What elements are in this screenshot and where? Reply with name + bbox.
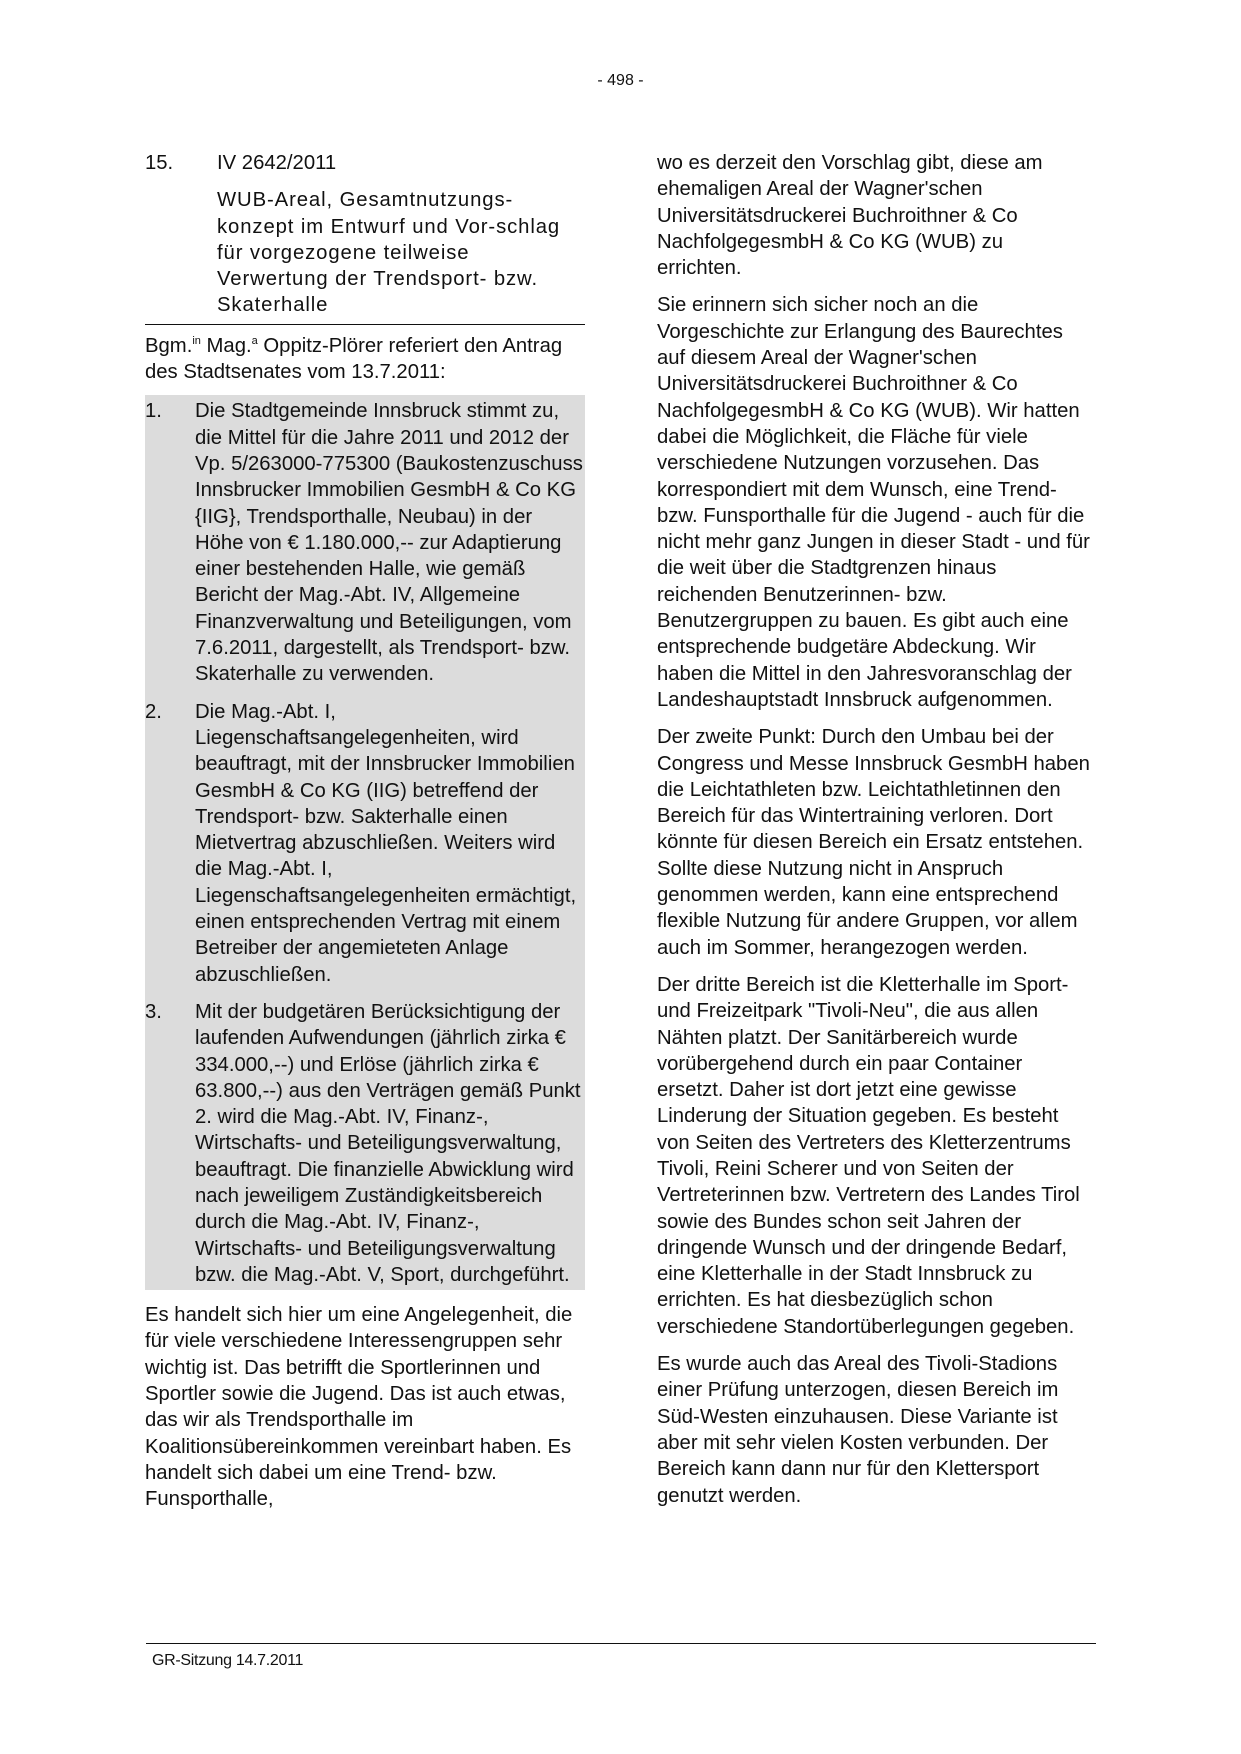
intro-bgm: Bgm. (145, 335, 192, 357)
motion-item-number: 3. (145, 999, 195, 1288)
agenda-item-title: WUB-Areal, Gesamtnutzungs-konzept im Ent… (217, 187, 585, 318)
body-paragraph: Es handelt sich hier um eine Angelegenhe… (145, 1302, 585, 1512)
body-paragraph: wo es derzeit den Vorschlag gibt, diese … (657, 150, 1093, 281)
motion-item-text: Die Mag.-Abt. I, Liegenschaftsangelegenh… (195, 699, 585, 988)
agenda-item-header: 15. IV 2642/2011 (145, 150, 585, 176)
title-divider (145, 324, 585, 325)
intro-mag: Mag. (201, 335, 252, 357)
agenda-item-number: 15. (145, 150, 217, 176)
motion-item: 2. Die Mag.-Abt. I, Liegenschaftsangeleg… (145, 699, 585, 988)
intro-bgm-sup: in (192, 335, 201, 347)
motion-item-number: 1. (145, 398, 195, 687)
right-column: wo es derzeit den Vorschlag gibt, diese … (657, 150, 1093, 1520)
motion-item: 1. Die Stadtgemeinde Innsbruck stimmt zu… (145, 398, 585, 687)
motion-item: 3. Mit der budgetären Berücksichtigung d… (145, 999, 585, 1288)
agenda-item-reference: IV 2642/2011 (217, 150, 336, 176)
body-paragraph: Sie erinnern sich sicher noch an die Vor… (657, 292, 1093, 713)
motion-box: 1. Die Stadtgemeinde Innsbruck stimmt zu… (145, 395, 585, 1290)
footer-session-date: GR-Sitzung 14.7.2011 (152, 1652, 303, 1670)
intro-paragraph: Bgm.in Mag.a Oppitz-Plörer referiert den… (145, 333, 585, 386)
body-paragraph: Der dritte Bereich ist die Kletterhalle … (657, 972, 1093, 1340)
body-paragraph: Es wurde auch das Areal des Tivoli-Stadi… (657, 1351, 1093, 1509)
motion-item-text: Die Stadtgemeinde Innsbruck stimmt zu, d… (195, 398, 585, 687)
motion-item-number: 2. (145, 699, 195, 988)
body-paragraph: Der zweite Punkt: Durch den Umbau bei de… (657, 724, 1093, 961)
footer-divider (146, 1643, 1096, 1644)
motion-item-text: Mit der budgetären Berücksichtigung der … (195, 999, 585, 1288)
page-number: - 498 - (0, 72, 1241, 90)
left-column: 15. IV 2642/2011 WUB-Areal, Gesamtnutzun… (145, 150, 585, 1524)
